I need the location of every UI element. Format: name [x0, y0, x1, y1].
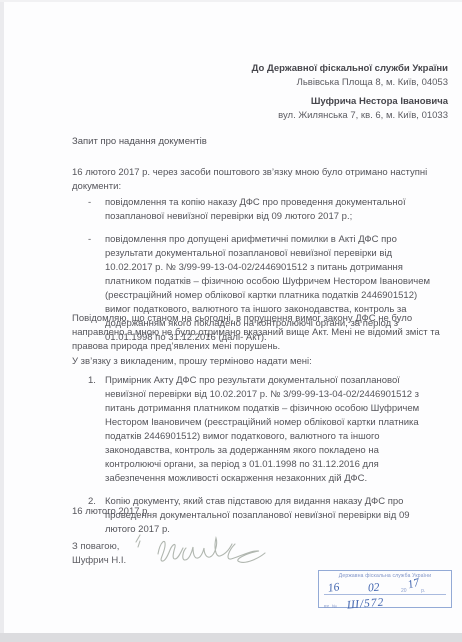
request-lead-paragraph: У зв’язку з викладеним, прошу терміново …: [72, 355, 440, 369]
intro-paragraph: 16 лютого 2017 р. через засоби поштового…: [72, 166, 438, 194]
closing-salutation: З повагою,: [72, 540, 126, 554]
sender-address: вул. Жилянська 7, кв. 6, м. Київ, 01033: [252, 109, 448, 123]
sender-name: Шуфрича Нестора Івановича: [252, 95, 448, 109]
recipient-block: До Державної фіскальної служби України Л…: [252, 62, 448, 123]
stamp-handwritten-month: 02: [367, 583, 379, 595]
list-item: 1. Примірник Акту ДФС про результати док…: [88, 374, 434, 486]
stamp-date-row: 16 02 20 17 р.: [324, 580, 446, 595]
recipient-org-address: Львівська Площа 8, м. Київ, 04053: [252, 76, 448, 90]
closing-block: З повагою, Шуфрич Н.І.: [72, 540, 126, 568]
stamp-printed-year-abbrev: р.: [421, 588, 425, 594]
stamp-printed-century: 20: [401, 588, 407, 594]
recipient-org: До Державної фіскальної служби України: [252, 62, 448, 76]
statement-paragraph: Повідомляю, що станом на сьогодні, в пор…: [72, 312, 440, 354]
scan-edge-bottom: [0, 633, 462, 642]
scan-edge-left: [0, 0, 4, 642]
stamp-reg-label: вх. №: [324, 604, 337, 610]
item-number: 1.: [88, 374, 105, 486]
incoming-registration-stamp: Державна фіскальна служба України 16 02 …: [318, 570, 452, 608]
stamp-registration-row: вх. № Ш/572: [324, 597, 446, 610]
stamp-organization: Державна фіскальна служба України: [324, 573, 446, 579]
scanned-document-page: До Державної фіскальної служби України Л…: [0, 0, 462, 642]
item-text: Примірник Акту ДФС про результати докуме…: [105, 374, 434, 486]
document-title: Запит про надання документів: [72, 135, 207, 149]
stamp-handwritten-day: 16: [327, 582, 340, 594]
stamp-handwritten-reg-number: Ш/572: [347, 597, 385, 611]
bullet-marker: -: [88, 196, 105, 224]
closing-signatory: Шуфрич Н.І.: [72, 554, 126, 568]
list-item: - повідомлення та копію наказу ДФС про п…: [88, 196, 434, 224]
stamp-handwritten-year: 17: [406, 578, 420, 591]
handwritten-signature: [122, 522, 282, 574]
document-date: 16 лютого 2017 р.: [72, 505, 150, 519]
scan-edge-top: [0, 0, 462, 2]
bullet-text: повідомлення та копію наказу ДФС про про…: [105, 196, 434, 224]
